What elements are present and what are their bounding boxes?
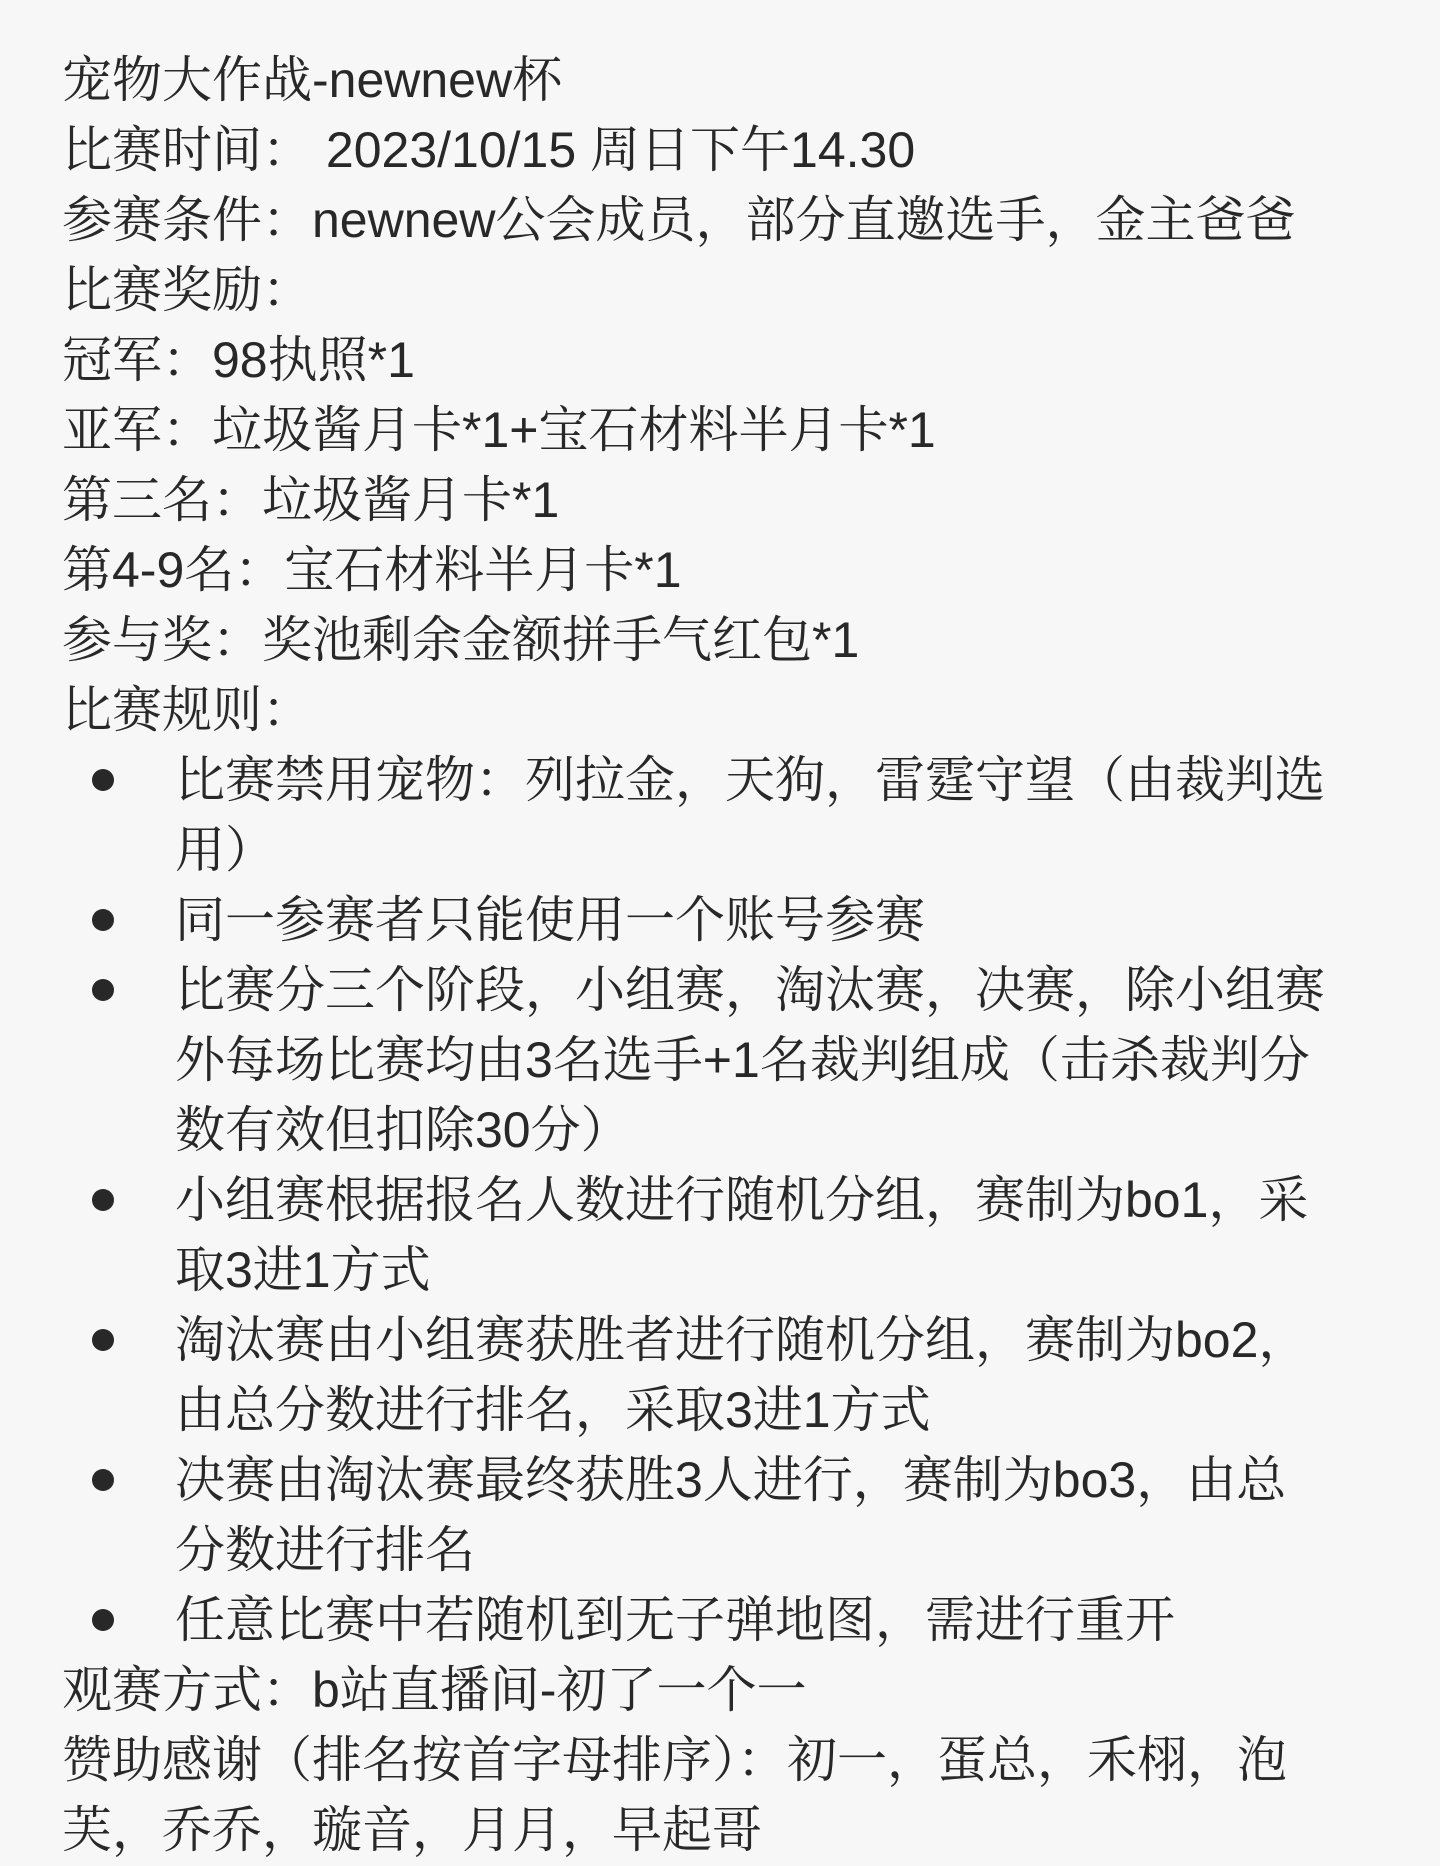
rules-heading: 比赛规则： [62, 675, 1390, 745]
watch-method-line: 观赛方式：b站直播间-初了一个一 [62, 1655, 1390, 1725]
participation-reward-line: 参与奖：奖池剩余金额拼手气红包*1 [62, 605, 1390, 675]
bullet-icon [62, 1165, 175, 1235]
rule-text: 小组赛根据报名人数进行随机分组，赛制为bo1，采 取3进1方式 [175, 1165, 1390, 1305]
champion-reward-line: 冠军：98执照*1 [62, 325, 1390, 395]
bullet-icon [62, 1305, 175, 1375]
rule-item: 决赛由淘汰赛最终获胜3人进行，赛制为bo3，由总 分数进行排名 [62, 1445, 1390, 1585]
bullet-icon [62, 885, 175, 955]
rule-item: 小组赛根据报名人数进行随机分组，赛制为bo1，采 取3进1方式 [62, 1165, 1390, 1305]
rule-item: 比赛分三个阶段，小组赛，淘汰赛，决赛，除小组赛 外每场比赛均由3名选手+1名裁判… [62, 955, 1390, 1165]
rule-text: 决赛由淘汰赛最终获胜3人进行，赛制为bo3，由总 分数进行排名 [175, 1445, 1390, 1585]
bullet-icon [62, 1585, 175, 1655]
bullet-icon [62, 955, 175, 1025]
bullet-icon [62, 1445, 175, 1515]
match-time-line: 比赛时间： 2023/10/15 周日下午14.30 [62, 115, 1390, 185]
document-page: 宠物大作战-newnew杯 比赛时间： 2023/10/15 周日下午14.30… [0, 0, 1440, 1866]
sponsor-thanks-line: 赞助感谢（排名按首字母排序）：初一，蛋总，禾栩，泡 芙，乔乔，璇音，月月，早起哥 [62, 1725, 1390, 1865]
rule-text: 比赛禁用宠物：列拉金，天狗，雷霆守望（由裁判选 用） [175, 745, 1390, 885]
rank-4-9-reward-line: 第4-9名：宝石材料半月卡*1 [62, 535, 1390, 605]
third-place-reward-line: 第三名：垃圾酱月卡*1 [62, 465, 1390, 535]
rule-item: 比赛禁用宠物：列拉金，天狗，雷霆守望（由裁判选 用） [62, 745, 1390, 885]
rule-item: 任意比赛中若随机到无子弹地图，需进行重开 [62, 1585, 1390, 1655]
rule-item: 同一参赛者只能使用一个账号参赛 [62, 885, 1390, 955]
rule-item: 淘汰赛由小组赛获胜者进行随机分组，赛制为bo2， 由总分数进行排名，采取3进1方… [62, 1305, 1390, 1445]
rewards-heading: 比赛奖励： [62, 255, 1390, 325]
page-title: 宠物大作战-newnew杯 [62, 45, 1390, 115]
entry-condition-line: 参赛条件：newnew公会成员，部分直邀选手，金主爸爸 [62, 185, 1390, 255]
rule-text: 淘汰赛由小组赛获胜者进行随机分组，赛制为bo2， 由总分数进行排名，采取3进1方… [175, 1305, 1390, 1445]
runner-up-reward-line: 亚军：垃圾酱月卡*1+宝石材料半月卡*1 [62, 395, 1390, 465]
rule-text: 比赛分三个阶段，小组赛，淘汰赛，决赛，除小组赛 外每场比赛均由3名选手+1名裁判… [175, 955, 1390, 1165]
rule-text: 同一参赛者只能使用一个账号参赛 [175, 885, 1390, 955]
bullet-icon [62, 745, 175, 815]
rule-text: 任意比赛中若随机到无子弹地图，需进行重开 [175, 1585, 1390, 1655]
